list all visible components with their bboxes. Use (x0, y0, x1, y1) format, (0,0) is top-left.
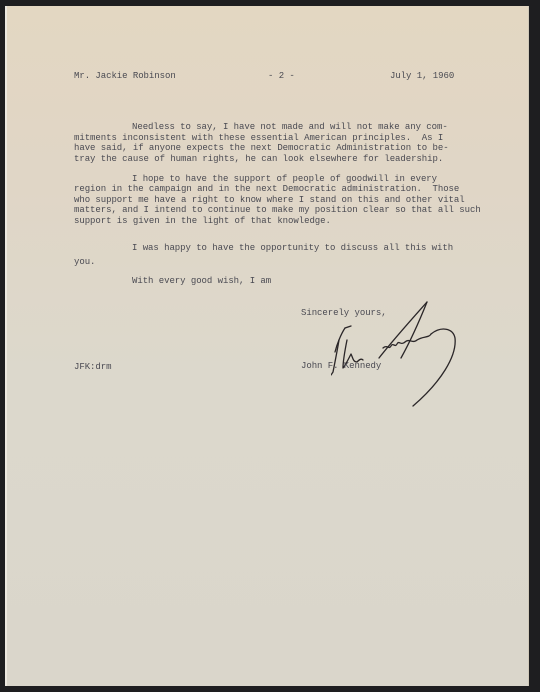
body-line: support is given in the light of that kn… (74, 216, 331, 226)
body-line: you. (74, 257, 95, 267)
body-line: With every good wish, I am (132, 276, 271, 286)
body-line: I hope to have the support of people of … (132, 174, 437, 184)
body-line: who support me have a right to know wher… (74, 195, 465, 205)
body-line: tray the cause of human rights, he can l… (74, 154, 443, 164)
body-line: mitments inconsistent with these essenti… (74, 133, 443, 143)
page-number: - 2 - (268, 71, 295, 81)
letter-page: Mr. Jackie Robinson - 2 - July 1, 1960 N… (5, 6, 529, 686)
reference-initials: JFK:drm (74, 362, 111, 372)
body-line: Needless to say, I have not made and wil… (132, 122, 448, 132)
recipient-header: Mr. Jackie Robinson (74, 71, 176, 81)
signer-name: John F. Kennedy (301, 361, 381, 371)
letter-date: July 1, 1960 (390, 71, 454, 81)
body-line: have said, if anyone expects the next De… (74, 143, 449, 153)
body-line: matters, and I intend to continue to mak… (74, 205, 481, 215)
handwritten-signature-icon (331, 300, 461, 408)
body-line: I was happy to have the opportunity to d… (132, 243, 453, 253)
body-line: region in the campaign and in the next D… (74, 184, 459, 194)
